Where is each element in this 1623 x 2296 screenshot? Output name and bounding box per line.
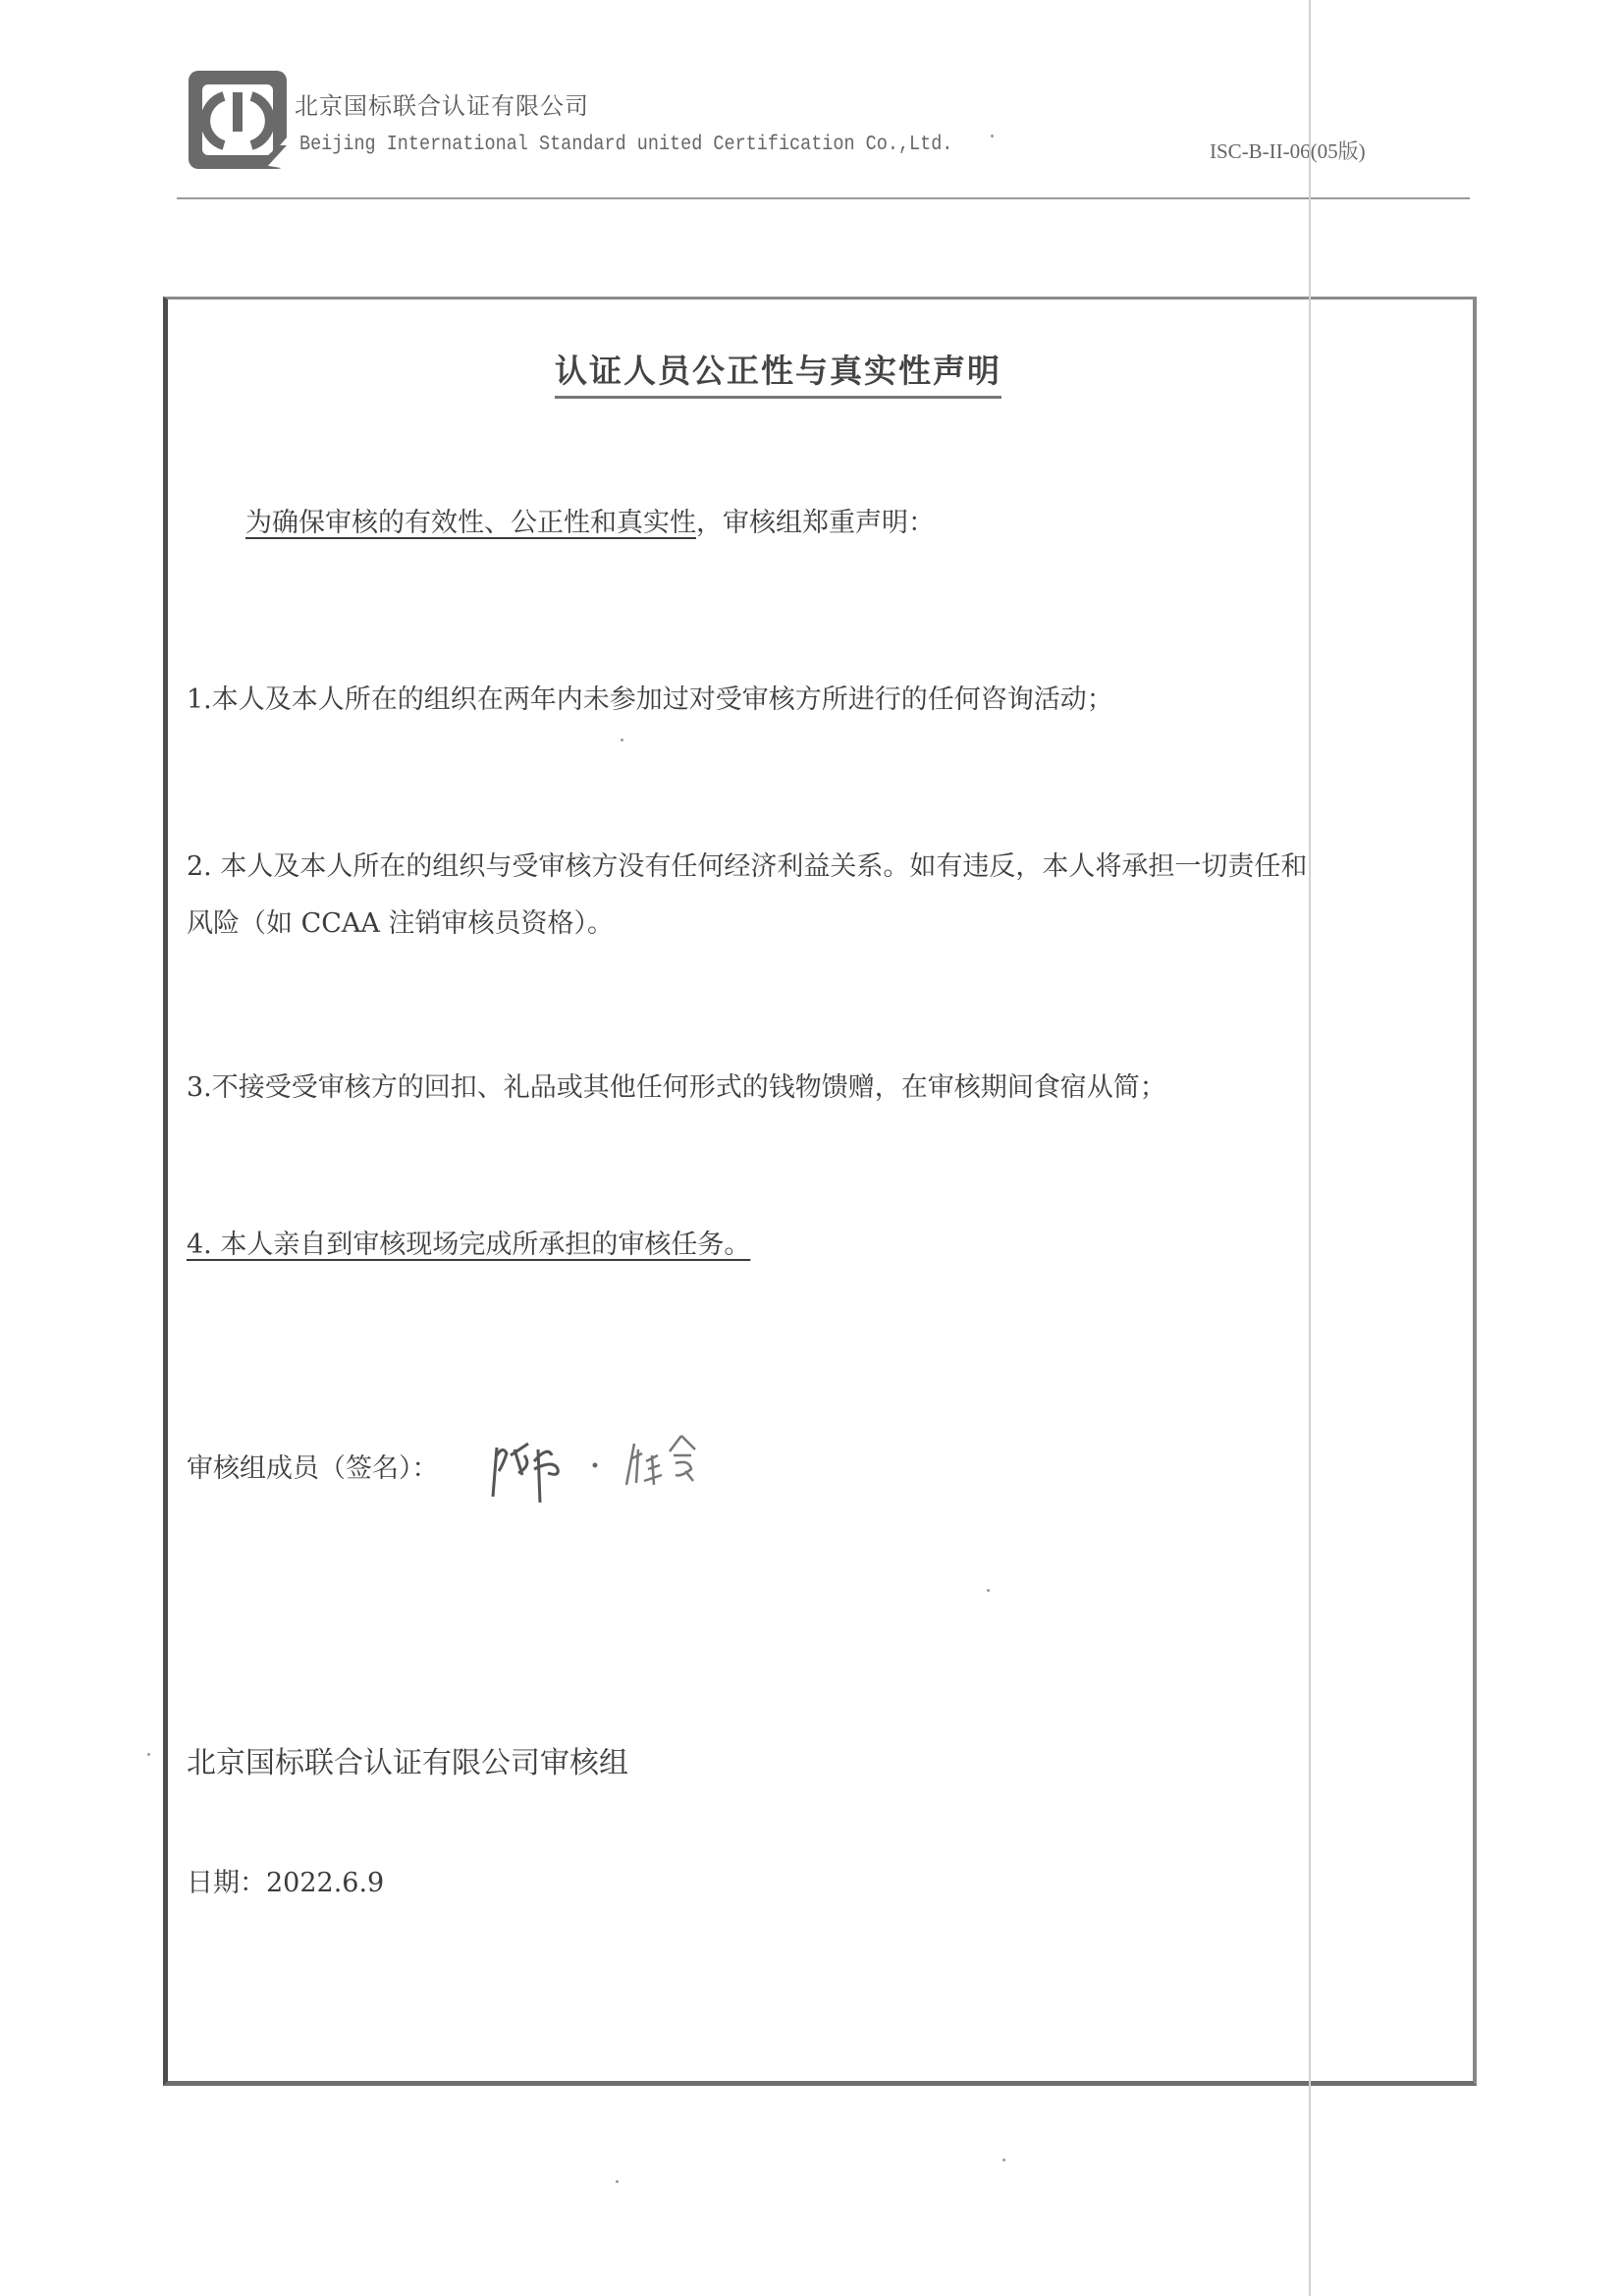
scan-speck [147,1753,150,1756]
declaration-item-2-line-2: 风险（如 CCAA 注销审核员资格）。 [187,902,614,940]
scan-speck [987,1589,990,1592]
date-value: 2022.6.9 [266,1868,384,1898]
issuing-organization: 北京国标联合认证有限公司审核组 [187,1738,628,1781]
handwritten-signature [489,1426,734,1504]
company-name-cn: 北京国标联合认证有限公司 [295,86,589,121]
declaration-frame [163,297,1477,2086]
company-name-en: Beijing International Standard united Ce… [299,134,952,156]
date-label: 日期： [187,1868,266,1898]
document-code: ISC-B-II-06(05版) [1210,136,1366,165]
signature-label: 审核组成员（签名）： [187,1447,439,1485]
company-logo-icon [185,67,291,173]
scan-speck [621,738,623,741]
date-line: 日期：2022.6.9 [187,1861,384,1899]
declaration-item-1: 1.本人及本人所在的组织在两年内未参加过对受审核方所进行的任何咨询活动； [187,678,1113,716]
intro-rest-text: ，审核组郑重声明： [696,508,935,538]
scan-speck [616,2180,619,2183]
scan-speck [1002,2159,1005,2161]
declaration-item-2-line-1: 2. 本人及本人所在的组织与受审核方没有任何经济利益关系。如有违反，本人将承担一… [187,845,1307,883]
scan-artifact-line [1309,0,1311,2296]
declaration-item-4: 4. 本人亲自到审核现场完成所承担的审核任务。 [187,1223,750,1261]
document-title: 认证人员公正性与真实性声明 [555,346,1001,399]
declaration-item-3: 3.不接受受审核方的回扣、礼品或其他任何形式的钱物馈赠，在审核期间食宿从简； [187,1066,1166,1104]
intro-statement: 为确保审核的有效性、公正性和真实性，审核组郑重声明： [245,501,935,539]
header-divider [177,197,1470,199]
intro-underlined-text: 为确保审核的有效性、公正性和真实性 [245,508,696,538]
scan-speck [991,135,994,137]
